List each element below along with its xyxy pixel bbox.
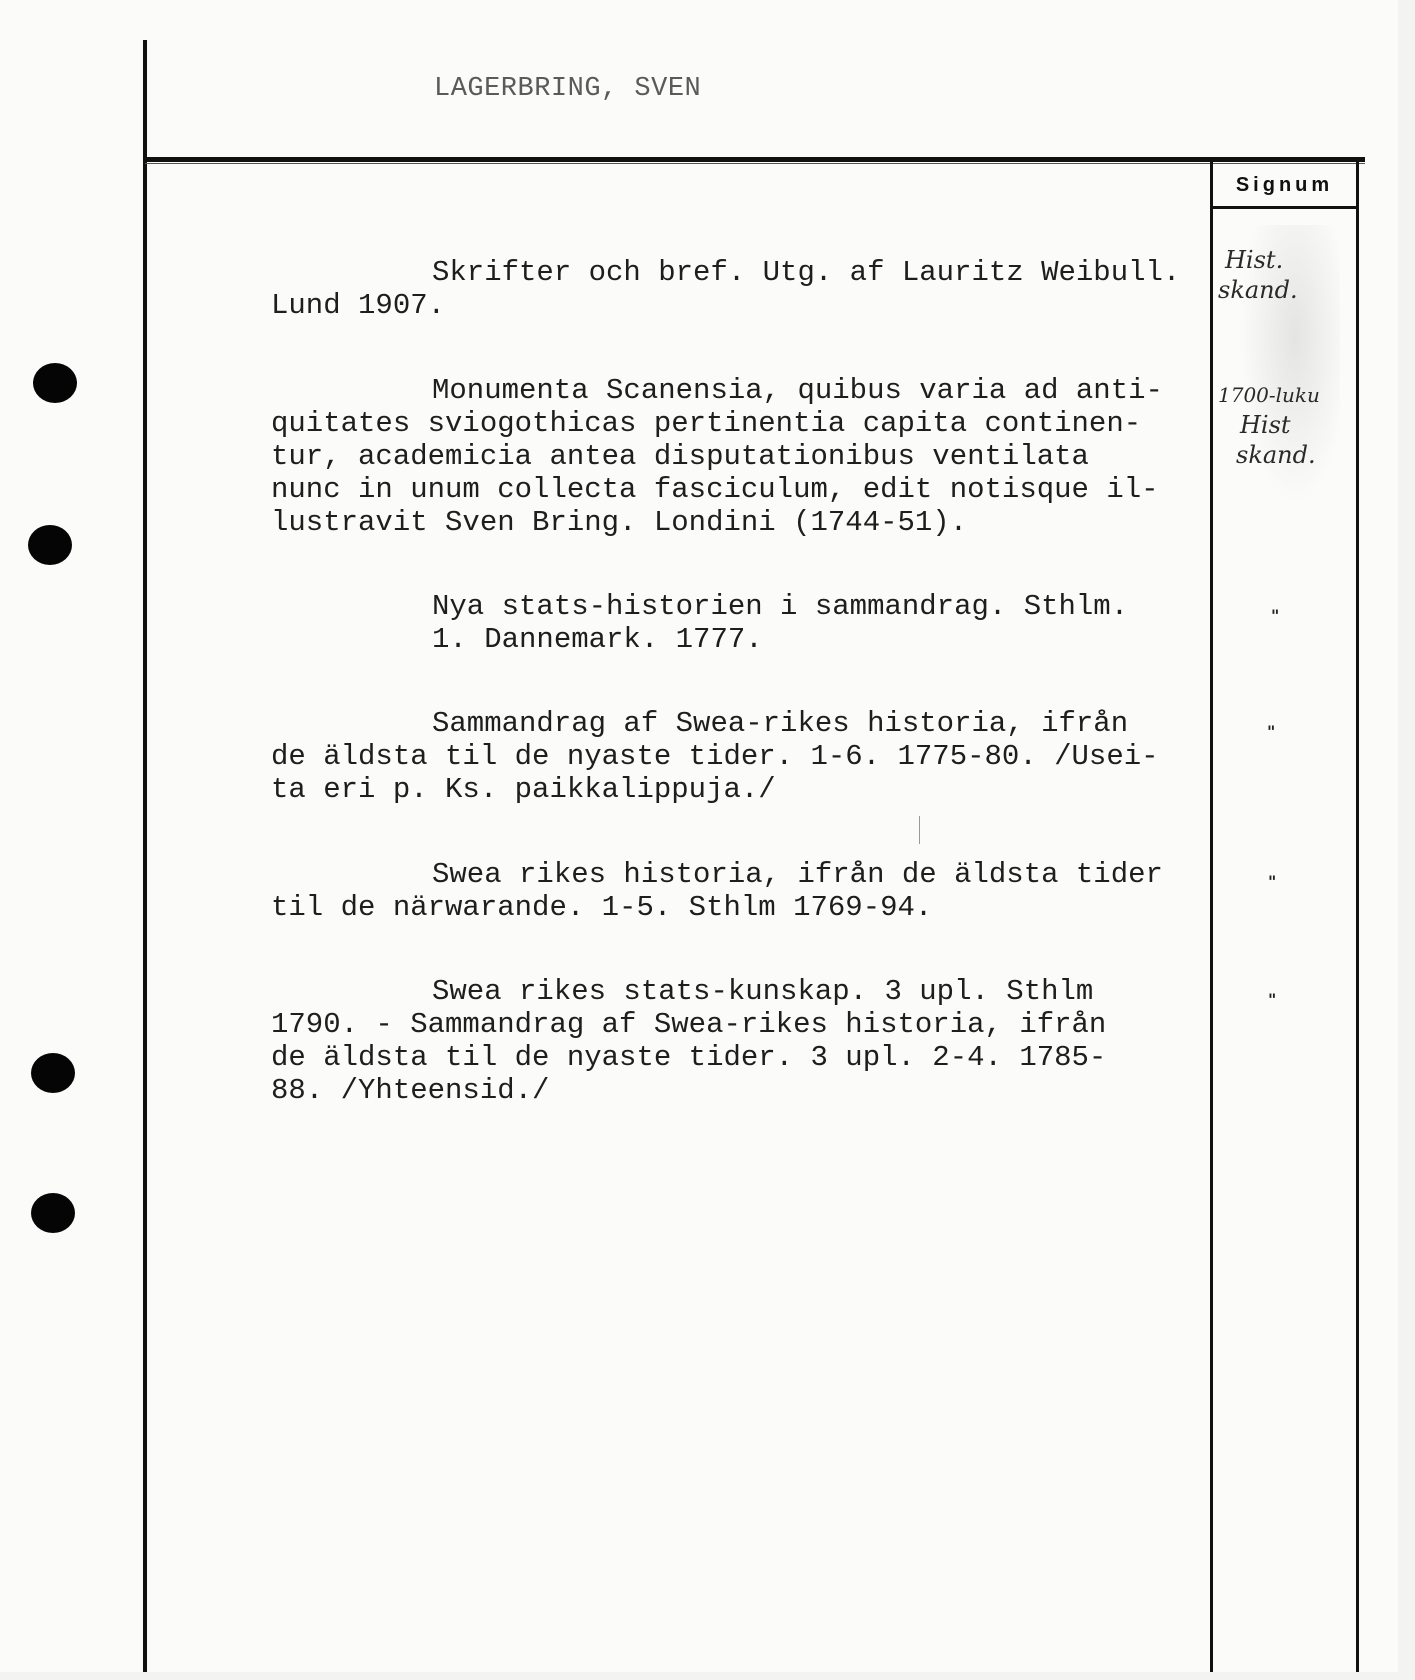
entry-line: Sammandrag af Swea-rikes historia, ifrån xyxy=(432,707,1128,740)
entry-line: 88. /Yhteensid./ xyxy=(271,1074,549,1107)
entry-line: lustravit Sven Bring. Londini (1744-51). xyxy=(271,506,967,539)
catalog-card xyxy=(0,0,1398,1672)
entry-line: 1790. - Sammandrag af Swea-rikes histori… xyxy=(271,1008,1106,1041)
entry-line: Swea rikes historia, ifrån de äldsta tid… xyxy=(432,858,1163,891)
signum-note: Hist xyxy=(1240,410,1291,440)
entry-line: Nya stats-historien i sammandrag. Sthlm. xyxy=(432,590,1128,623)
signum-note: Hist. xyxy=(1225,245,1283,275)
entry-line: til de närwarande. 1-5. Sthlm 1769-94. xyxy=(271,891,932,924)
punch-hole xyxy=(31,1193,75,1233)
signum-note: skand. xyxy=(1218,275,1298,305)
entry-line: quitates sviogothicas pertinentia capita… xyxy=(271,407,1141,440)
entry-line: tur, academicia antea disputationibus ve… xyxy=(271,440,1089,473)
entry-line: nunc in unum collecta fasciculum, edit n… xyxy=(271,473,1159,506)
punch-hole xyxy=(28,525,72,565)
header-rule-thin xyxy=(145,163,1365,164)
header-rule xyxy=(145,157,1365,162)
entry-line: Monumenta Scanensia, quibus varia ad ant… xyxy=(432,374,1163,407)
entry-line: ta eri p. Ks. paikkalippuja./ xyxy=(271,773,776,806)
entry-line: Lund 1907. xyxy=(271,289,445,322)
ditto-mark: " xyxy=(1267,722,1275,741)
entry-line: Skrifter och bref. Utg. af Lauritz Weibu… xyxy=(432,256,1180,289)
signum-note: skand. xyxy=(1236,440,1316,470)
card-heading: LAGERBRING, SVEN xyxy=(434,74,701,104)
punch-hole xyxy=(31,1053,75,1093)
entry-line: de äldsta til de nyaste tider. 3 upl. 2-… xyxy=(271,1041,1106,1074)
signum-header-rule xyxy=(1210,206,1359,209)
ditto-mark: " xyxy=(1271,606,1279,625)
signum-column-right-rule xyxy=(1356,157,1359,1672)
signum-column-left-rule xyxy=(1210,162,1213,1672)
signum-note: 1700-luku xyxy=(1218,380,1320,410)
entry-line: de äldsta til de nyaste tider. 1-6. 1775… xyxy=(271,740,1159,773)
entry-line: Swea rikes stats-kunskap. 3 upl. Sthlm xyxy=(432,975,1093,1008)
ditto-mark: " xyxy=(1268,872,1276,891)
left-margin-rule xyxy=(143,40,147,1672)
signum-header: Signum xyxy=(1213,164,1356,206)
stray-pencil-mark xyxy=(919,816,920,844)
ditto-mark: " xyxy=(1268,990,1276,1009)
entry-line: 1. Dannemark. 1777. xyxy=(432,623,763,656)
punch-hole xyxy=(33,363,77,403)
